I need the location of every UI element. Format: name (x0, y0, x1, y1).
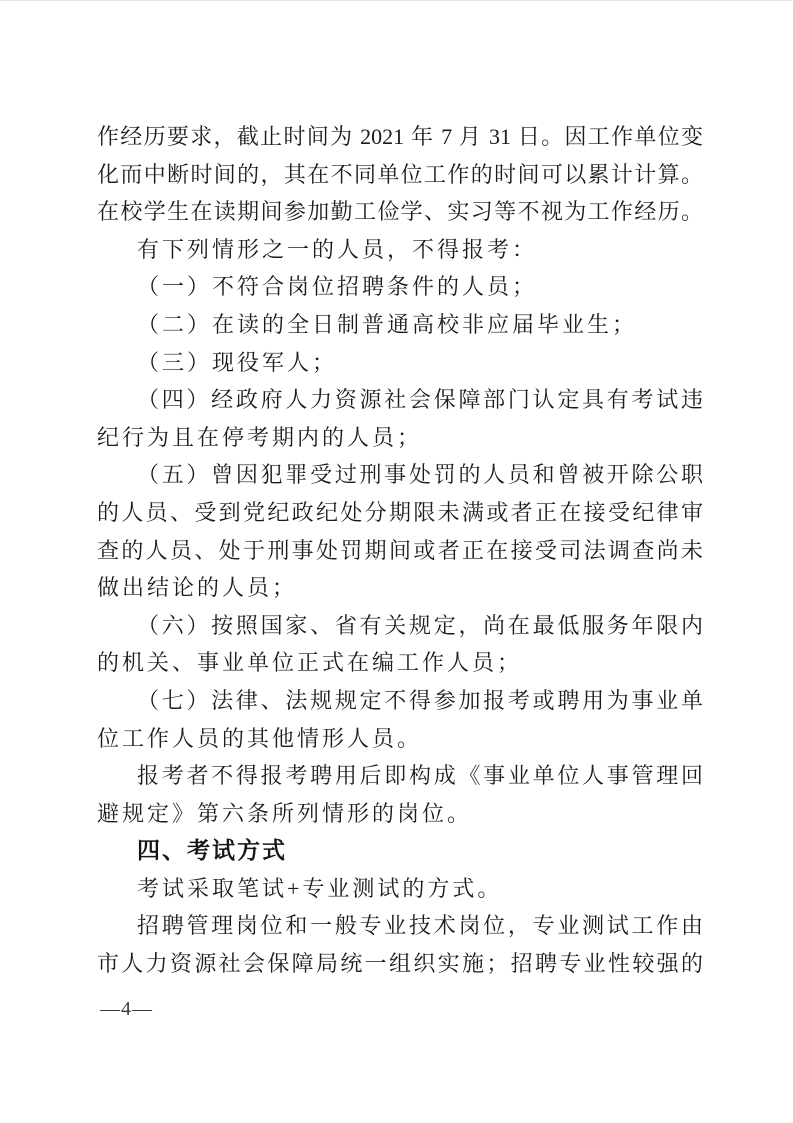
text-line: 有下列情形之一的人员，不得报考： (97, 231, 703, 269)
document-body: 作经历要求，截止时间为 2021 年 7 月 31 日。因工作单位变化而中断时间… (97, 118, 703, 983)
document-page: 作经历要求，截止时间为 2021 年 7 月 31 日。因工作单位变化而中断时间… (0, 0, 793, 1123)
text-line: 考试采取笔试+专业测试的方式。 (97, 870, 703, 908)
text-line: 化而中断时间的，其在不同单位工作的时间可以累计计算。 (97, 156, 703, 194)
text-line: （七）法律、法规规定不得参加报考或聘用为事业单 (97, 682, 703, 720)
text-line: 招聘管理岗位和一般专业技术岗位，专业测试工作由 (97, 907, 703, 945)
text-line: 的人员、受到党纪政纪处分期限未满或者正在接受纪律审 (97, 494, 703, 532)
text-line: 位工作人员的其他情形人员。 (97, 720, 703, 758)
text-line: （三）现役军人； (97, 344, 703, 382)
page-number: —4— (100, 997, 153, 1021)
text-line: 查的人员、处于刑事处罚期间或者正在接受司法调查尚未 (97, 532, 703, 570)
text-line: （二）在读的全日制普通高校非应届毕业生； (97, 306, 703, 344)
text-line: 报考者不得报考聘用后即构成《事业单位人事管理回 (97, 757, 703, 795)
section-heading: 四、考试方式 (97, 832, 703, 870)
text-line: （一）不符合岗位招聘条件的人员； (97, 268, 703, 306)
text-line: 作经历要求，截止时间为 2021 年 7 月 31 日。因工作单位变 (97, 118, 703, 156)
text-line: 避规定》第六条所列情形的岗位。 (97, 795, 703, 833)
text-line: 在校学生在读期间参加勤工俭学、实习等不视为工作经历。 (97, 193, 703, 231)
text-line: 市人力资源社会保障局统一组织实施；招聘专业性较强的 (97, 945, 703, 983)
text-line: （四）经政府人力资源社会保障部门认定具有考试违 (97, 381, 703, 419)
text-line: （五）曾因犯罪受过刑事处罚的人员和曾被开除公职 (97, 456, 703, 494)
text-line: 的机关、事业单位正式在编工作人员； (97, 644, 703, 682)
text-line: 做出结论的人员； (97, 569, 703, 607)
text-line: 纪行为且在停考期内的人员； (97, 419, 703, 457)
text-line: （六）按照国家、省有关规定，尚在最低服务年限内 (97, 607, 703, 645)
